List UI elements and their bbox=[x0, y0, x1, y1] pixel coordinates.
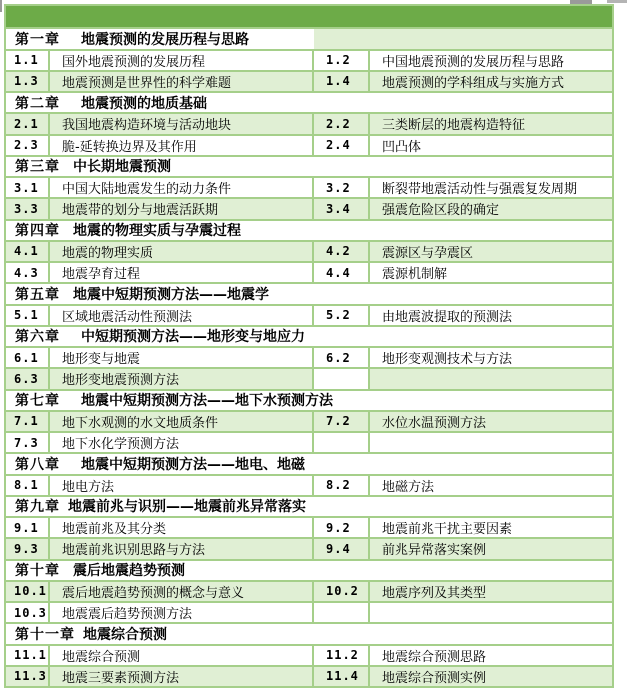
section-title bbox=[368, 433, 612, 452]
chapter-label: 第五章 bbox=[6, 284, 60, 304]
chapter-label: 第八章 bbox=[6, 454, 60, 474]
section-row: 9.3地震前兆识别思路与方法9.4前兆异常落实案例 bbox=[6, 537, 612, 558]
section-title: 地形变与地震 bbox=[48, 348, 312, 367]
section-title: 地形变地震预测方法 bbox=[48, 369, 312, 388]
section-title: 地震序列及其类型 bbox=[368, 582, 612, 601]
section-title: 地震前兆干扰主要因素 bbox=[368, 518, 612, 537]
section-title: 脆-延转换边界及其作用 bbox=[48, 136, 312, 155]
section-title: 地磁方法 bbox=[368, 476, 612, 495]
section-title: 地形变观测技术与方法 bbox=[368, 348, 612, 367]
section-title: 地下水化学预测方法 bbox=[48, 433, 312, 452]
section-number: 7.1 bbox=[6, 412, 48, 431]
section-row: 7.1地下水观测的水文地质条件7.2水位水温预测方法 bbox=[6, 410, 612, 431]
section-number: 3.2 bbox=[312, 178, 368, 197]
chapter-title: 地震中短期预测方法——地下水预测方法 bbox=[81, 390, 333, 410]
chapter-row: 第六章中短期预测方法——地形变与地应力 bbox=[6, 325, 612, 346]
section-title: 震后地震趋势预测的概念与意义 bbox=[48, 582, 312, 601]
section-number: 4.2 bbox=[312, 242, 368, 261]
section-number: 8.2 bbox=[312, 476, 368, 495]
chapter-label: 第三章 bbox=[6, 156, 60, 176]
section-title: 地震孕育过程 bbox=[48, 263, 312, 282]
chapter-title: 地震的物理实质与孕震过程 bbox=[73, 220, 241, 240]
section-title: 水位水温预测方法 bbox=[368, 412, 612, 431]
chapter-title: 中短期预测方法——地形变与地应力 bbox=[81, 326, 305, 346]
section-number: 6.1 bbox=[6, 348, 48, 367]
chapter-label: 第四章 bbox=[6, 220, 60, 240]
section-row: 2.3脆-延转换边界及其作用2.4凹凸体 bbox=[6, 134, 612, 155]
section-number: 2.2 bbox=[312, 114, 368, 133]
section-title: 由地震波提取的预测法 bbox=[368, 306, 612, 325]
section-number bbox=[312, 603, 368, 622]
chapter-row: 第三章中长期地震预测 bbox=[6, 155, 612, 176]
chapter-label: 第九章 bbox=[6, 496, 60, 516]
chapter-label: 第六章 bbox=[6, 326, 60, 346]
section-number: 9.4 bbox=[312, 539, 368, 558]
chapter-title: 中长期地震预测 bbox=[73, 156, 171, 176]
chapter-row: 第七章地震中短期预测方法——地下水预测方法 bbox=[6, 389, 612, 410]
chapter-title: 地震预测的地质基础 bbox=[81, 93, 207, 113]
section-number: 1.2 bbox=[312, 51, 368, 70]
section-title: 地电方法 bbox=[48, 476, 312, 495]
section-number: 10.2 bbox=[312, 582, 368, 601]
section-number: 3.1 bbox=[6, 178, 48, 197]
section-number: 4.1 bbox=[6, 242, 48, 261]
chapter-label: 第十一章 bbox=[6, 624, 75, 644]
section-number: 10.1 bbox=[6, 582, 48, 601]
window-edge-artifact bbox=[607, 0, 627, 3]
section-title: 断裂带地震活动性与强震复发周期 bbox=[368, 178, 612, 197]
section-number: 2.3 bbox=[6, 136, 48, 155]
section-row: 2.1我国地震构造环境与活动地块2.2三类断层的地震构造特征 bbox=[6, 112, 612, 133]
section-number: 1.3 bbox=[6, 72, 48, 91]
chapter-row: 第八章地震中短期预测方法——地电、地磁 bbox=[6, 452, 612, 473]
section-number: 11.3 bbox=[6, 667, 48, 686]
section-title: 地震综合预测实例 bbox=[368, 667, 612, 686]
section-number: 2.1 bbox=[6, 114, 48, 133]
section-row: 11.1地震综合预测11.2地震综合预测思路 bbox=[6, 644, 612, 665]
section-row: 6.1地形变与地震6.2地形变观测技术与方法 bbox=[6, 346, 612, 367]
chapter-label: 第二章 bbox=[6, 93, 60, 113]
section-number: 2.4 bbox=[312, 136, 368, 155]
section-title: 地震三要素预测方法 bbox=[48, 667, 312, 686]
chapter-title: 地震中短期预测方法——地震学 bbox=[73, 284, 269, 304]
section-number: 11.1 bbox=[6, 646, 48, 665]
chapter-row: 第二章地震预测的地质基础 bbox=[6, 91, 612, 112]
section-title: 地震预测的学科组成与实施方式 bbox=[368, 72, 612, 91]
section-number: 9.2 bbox=[312, 518, 368, 537]
section-row: 3.3地震带的划分与地震活跃期3.4强震危险区段的确定 bbox=[6, 197, 612, 218]
section-number: 9.3 bbox=[6, 539, 48, 558]
section-title: 地震前兆及其分类 bbox=[48, 518, 312, 537]
section-title: 中国地震预测的发展历程与思路 bbox=[368, 51, 612, 70]
section-title: 震源机制解 bbox=[368, 263, 612, 282]
section-title: 震源区与孕震区 bbox=[368, 242, 612, 261]
chapter-title: 震后地震趋势预测 bbox=[73, 560, 185, 580]
chapter-row: 第五章地震中短期预测方法——地震学 bbox=[6, 282, 612, 303]
section-row: 1.3地震预测是世界性的科学难题1.4地震预测的学科组成与实施方式 bbox=[6, 70, 612, 91]
section-number: 10.3 bbox=[6, 603, 48, 622]
section-row: 5.1区域地震活动性预测法5.2由地震波提取的预测法 bbox=[6, 304, 612, 325]
section-title: 中国大陆地震发生的动力条件 bbox=[48, 178, 312, 197]
window-edge-artifact bbox=[0, 0, 2, 12]
chapter-row: 第九章地震前兆与识别——地震前兆异常落实 bbox=[6, 495, 612, 516]
table-header-band bbox=[6, 6, 612, 27]
section-title: 我国地震构造环境与活动地块 bbox=[48, 114, 312, 133]
section-title: 地震前兆识别思路与方法 bbox=[48, 539, 312, 558]
section-number: 4.3 bbox=[6, 263, 48, 282]
chapter-title: 地震中短期预测方法——地电、地磁 bbox=[81, 454, 305, 474]
section-title: 强震危险区段的确定 bbox=[368, 199, 612, 218]
section-number: 3.3 bbox=[6, 199, 48, 218]
chapter-row: 第四章地震的物理实质与孕震过程 bbox=[6, 219, 612, 240]
chapter-label: 第一章 bbox=[6, 29, 60, 49]
section-title: 凹凸体 bbox=[368, 136, 612, 155]
section-title: 三类断层的地震构造特征 bbox=[368, 114, 612, 133]
section-title: 前兆异常落实案例 bbox=[368, 539, 612, 558]
section-row: 6.3地形变地震预测方法 bbox=[6, 367, 612, 388]
section-title: 地下水观测的水文地质条件 bbox=[48, 412, 312, 431]
section-number: 8.1 bbox=[6, 476, 48, 495]
section-row: 3.1中国大陆地震发生的动力条件3.2断裂带地震活动性与强震复发周期 bbox=[6, 176, 612, 197]
section-row: 1.1国外地震预测的发展历程1.2中国地震预测的发展历程与思路 bbox=[6, 49, 612, 70]
section-number: 7.2 bbox=[312, 412, 368, 431]
section-title bbox=[368, 369, 612, 388]
section-number: 1.4 bbox=[312, 72, 368, 91]
chapter-row: 第一章地震预测的发展历程与思路 bbox=[6, 27, 612, 48]
section-row: 10.1震后地震趋势预测的概念与意义10.2地震序列及其类型 bbox=[6, 580, 612, 601]
section-number: 3.4 bbox=[312, 199, 368, 218]
section-row: 11.3地震三要素预测方法11.4地震综合预测实例 bbox=[6, 665, 612, 686]
section-row: 9.1地震前兆及其分类9.2地震前兆干扰主要因素 bbox=[6, 516, 612, 537]
section-title: 地震带的划分与地震活跃期 bbox=[48, 199, 312, 218]
section-number: 11.4 bbox=[312, 667, 368, 686]
chapter-title: 地震预测的发展历程与思路 bbox=[81, 29, 249, 49]
section-title: 区域地震活动性预测法 bbox=[48, 306, 312, 325]
section-number bbox=[312, 433, 368, 452]
section-row: 7.3地下水化学预测方法 bbox=[6, 431, 612, 452]
section-number: 4.4 bbox=[312, 263, 368, 282]
section-number bbox=[312, 369, 368, 388]
section-title: 地震预测是世界性的科学难题 bbox=[48, 72, 312, 91]
section-title: 国外地震预测的发展历程 bbox=[48, 51, 312, 70]
section-row: 4.3地震孕育过程4.4震源机制解 bbox=[6, 261, 612, 282]
chapter-label: 第七章 bbox=[6, 390, 60, 410]
section-number: 1.1 bbox=[6, 51, 48, 70]
section-number: 7.3 bbox=[6, 433, 48, 452]
section-number: 5.1 bbox=[6, 306, 48, 325]
section-title: 地震震后趋势预测方法 bbox=[48, 603, 312, 622]
section-number: 11.2 bbox=[312, 646, 368, 665]
section-number: 9.1 bbox=[6, 518, 48, 537]
section-row: 4.1地震的物理实质4.2震源区与孕震区 bbox=[6, 240, 612, 261]
toc-table: 第一章地震预测的发展历程与思路1.1国外地震预测的发展历程1.2中国地震预测的发… bbox=[4, 4, 614, 688]
section-title: 地震综合预测 bbox=[48, 646, 312, 665]
section-number: 5.2 bbox=[312, 306, 368, 325]
chapter-row-shading bbox=[314, 29, 612, 48]
section-title: 地震的物理实质 bbox=[48, 242, 312, 261]
section-title bbox=[368, 603, 612, 622]
chapter-title: 地震综合预测 bbox=[83, 624, 167, 644]
section-number: 6.3 bbox=[6, 369, 48, 388]
section-row: 10.3地震震后趋势预测方法 bbox=[6, 601, 612, 622]
chapter-row: 第十一章地震综合预测 bbox=[6, 622, 612, 643]
section-number: 6.2 bbox=[312, 348, 368, 367]
section-title: 地震综合预测思路 bbox=[368, 646, 612, 665]
chapter-title: 地震前兆与识别——地震前兆异常落实 bbox=[68, 496, 306, 516]
chapter-row: 第十章震后地震趋势预测 bbox=[6, 559, 612, 580]
chapter-label: 第十章 bbox=[6, 560, 60, 580]
section-row: 8.1地电方法8.2地磁方法 bbox=[6, 474, 612, 495]
document-page: 第一章地震预测的发展历程与思路1.1国外地震预测的发展历程1.2中国地震预测的发… bbox=[0, 0, 627, 693]
